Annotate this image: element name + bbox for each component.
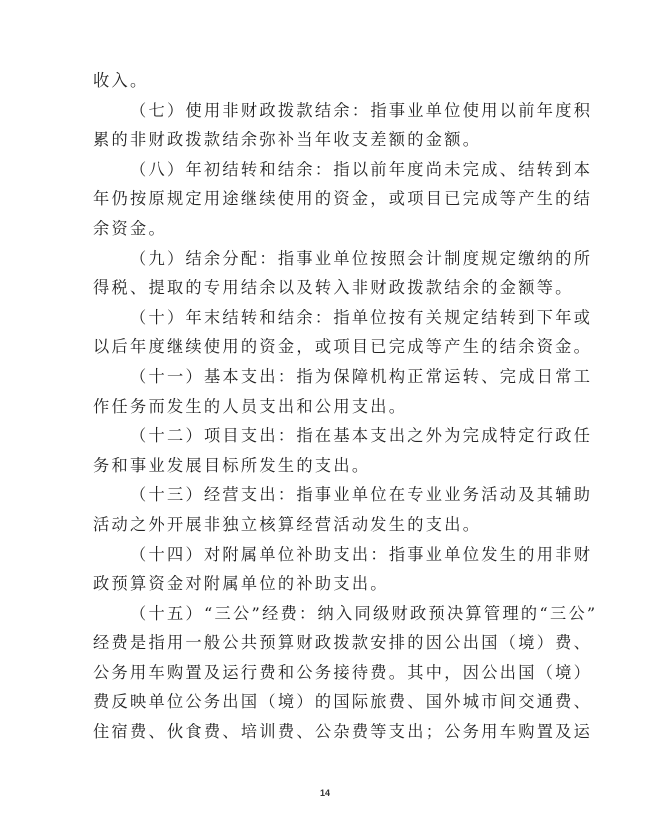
- paragraph-line: 以后年度继续使用的资金，或项目已完成等产生的结余资金。: [93, 332, 559, 362]
- document-page: 收入。（七）使用非财政拨款结余：指事业单位使用以前年度积累的非财政拨款结余弥补当…: [0, 0, 650, 835]
- paragraph-line: 得税、提取的专用结余以及转入非财政拨款结余的金额等。: [93, 273, 559, 303]
- paragraph-first-line: （七）使用非财政拨款结余：指事业单位使用以前年度积: [93, 96, 559, 126]
- page-number: 14: [0, 788, 650, 798]
- paragraph-line: 费反映单位公务出国（境）的国际旅费、国外城市间交通费、: [93, 687, 559, 717]
- paragraph-line: 务和事业发展目标所发生的支出。: [93, 451, 559, 481]
- paragraph-first-line: （十二）项目支出：指在基本支出之外为完成特定行政任: [93, 421, 559, 451]
- paragraph-line: 活动之外开展非独立核算经营活动发生的支出。: [93, 510, 559, 540]
- paragraph-first-line: （九）结余分配：指事业单位按照会计制度规定缴纳的所: [93, 244, 559, 274]
- paragraph-first-line: （十四）对附属单位补助支出：指事业单位发生的用非财: [93, 540, 559, 570]
- paragraph-first-line: （十五）“三公”经费：纳入同级财政预决算管理的“三公”: [93, 599, 559, 629]
- paragraph-line: 经费是指用一般公共预算财政拨款安排的因公出国（境）费、: [93, 628, 559, 658]
- paragraph-first-line: （十三）经营支出：指事业单位在专业业务活动及其辅助: [93, 480, 559, 510]
- paragraph-line: 政预算资金对附属单位的补助支出。: [93, 569, 559, 599]
- paragraph-first-line: （十一）基本支出：指为保障机构正常运转、完成日常工: [93, 362, 559, 392]
- paragraph-first-line: （八）年初结转和结余：指以前年度尚未完成、结转到本: [93, 155, 559, 185]
- paragraph-line: 作任务而发生的人员支出和公用支出。: [93, 392, 559, 422]
- paragraph-line: 年仍按原规定用途继续使用的资金，或项目已完成等产生的结: [93, 184, 559, 214]
- paragraph-line: 收入。: [93, 66, 559, 96]
- body-text: 收入。（七）使用非财政拨款结余：指事业单位使用以前年度积累的非财政拨款结余弥补当…: [93, 66, 559, 747]
- paragraph-line: 住宿费、伙食费、培训费、公杂费等支出；公务用车购置及运: [93, 717, 559, 747]
- paragraph-line: 公务用车购置及运行费和公务接待费。其中，因公出国（境）: [93, 658, 559, 688]
- paragraph-first-line: （十）年末结转和结余：指单位按有关规定结转到下年或: [93, 303, 559, 333]
- paragraph-line: 余资金。: [93, 214, 559, 244]
- paragraph-line: 累的非财政拨款结余弥补当年收支差额的金额。: [93, 125, 559, 155]
